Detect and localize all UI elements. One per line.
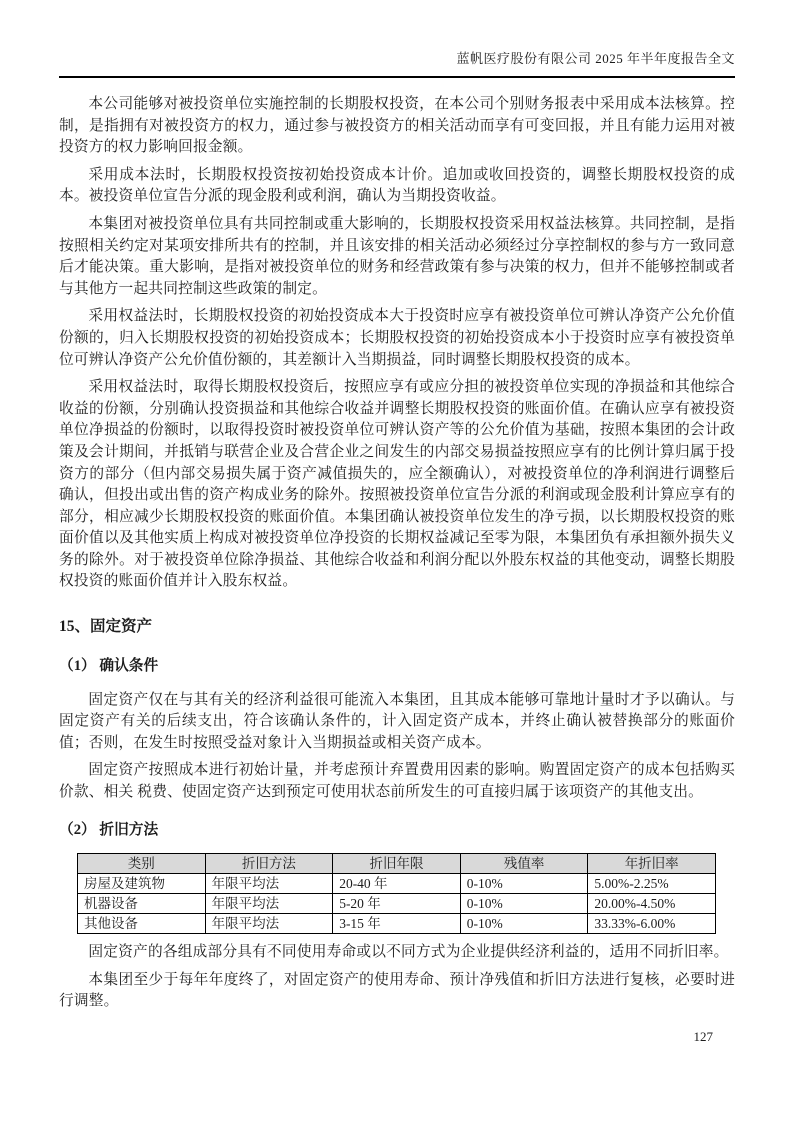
paragraph-equity-method-scope: 本集团对被投资单位具有共同控制或重大影响的，长期股权投资采用权益法核算。共同控制… <box>59 214 735 300</box>
column-header-useful-life: 折旧年限 <box>333 854 461 874</box>
cell-annual-rate: 20.00%-4.50% <box>588 894 716 914</box>
subsection-heading-depreciation: （2） 折旧方法 <box>59 820 735 842</box>
section-heading-fixed-assets: 15、固定资产 <box>59 615 735 638</box>
paragraph-cost-method-control: 本公司能够对被投资单位实施控制的长期股权投资，在本公司个别财务报表中采用成本法核… <box>59 94 735 159</box>
report-page: 蓝帆医疗股份有限公司 2025 年半年度报告全文 本公司能够对被投资单位实施控制… <box>0 0 794 1123</box>
column-header-residual-rate: 残值率 <box>460 854 588 874</box>
cell-residual-rate: 0-10% <box>460 894 588 914</box>
cell-useful-life: 5-20 年 <box>333 894 461 914</box>
paragraph-annual-review: 本集团至少于每年年度终了，对固定资产的使用寿命、预计净残值和折旧方法进行复核，必… <box>59 970 735 1013</box>
cell-method: 年限平均法 <box>205 874 333 894</box>
page-number: 127 <box>694 1029 714 1045</box>
cell-category: 其他设备 <box>78 914 206 934</box>
paragraph-equity-method-subsequent: 采用权益法时，取得长期股权投资后，按照应享有或应分担的被投资单位实现的净损益和其… <box>59 377 735 593</box>
cell-useful-life: 20-40 年 <box>333 874 461 894</box>
cell-annual-rate: 33.33%-6.00% <box>588 914 716 934</box>
table-header-row: 类别 折旧方法 折旧年限 残值率 年折旧率 <box>78 854 716 874</box>
paragraph-component-depreciation: 固定资产的各组成部分具有不同使用寿命或以不同方式为企业提供经济利益的，适用不同折… <box>59 942 735 964</box>
cell-useful-life: 3-15 年 <box>333 914 461 934</box>
table-row: 其他设备 年限平均法 3-15 年 0-10% 33.33%-6.00% <box>78 914 716 934</box>
page-body: 本公司能够对被投资单位实施控制的长期股权投资，在本公司个别财务报表中采用成本法核… <box>59 78 735 1013</box>
cell-annual-rate: 5.00%-2.25% <box>588 874 716 894</box>
subsection-heading-recognition: （1） 确认条件 <box>59 656 735 678</box>
report-title: 蓝帆医疗股份有限公司 2025 年半年度报告全文 <box>456 51 735 66</box>
cell-residual-rate: 0-10% <box>460 914 588 934</box>
cell-category: 房屋及建筑物 <box>78 874 206 894</box>
column-header-category: 类别 <box>78 854 206 874</box>
depreciation-table: 类别 折旧方法 折旧年限 残值率 年折旧率 房屋及建筑物 年限平均法 20-40… <box>77 853 716 934</box>
cell-method: 年限平均法 <box>205 894 333 914</box>
depreciation-table-header: 类别 折旧方法 折旧年限 残值率 年折旧率 <box>78 854 716 874</box>
paragraph-cost-method-measurement: 采用成本法时，长期股权投资按初始投资成本计价。追加或收回投资的，调整长期股权投资… <box>59 165 735 208</box>
paragraph-fixed-asset-initial-measurement: 固定资产按照成本进行初始计量，并考虑预计弃置费用因素的影响。购置固定资产的成本包… <box>59 760 735 803</box>
column-header-method: 折旧方法 <box>205 854 333 874</box>
cell-residual-rate: 0-10% <box>460 874 588 894</box>
table-row: 机器设备 年限平均法 5-20 年 0-10% 20.00%-4.50% <box>78 894 716 914</box>
page-header: 蓝帆医疗股份有限公司 2025 年半年度报告全文 <box>59 0 735 78</box>
column-header-annual-rate: 年折旧率 <box>588 854 716 874</box>
table-row: 房屋及建筑物 年限平均法 20-40 年 0-10% 5.00%-2.25% <box>78 874 716 894</box>
paragraph-fixed-asset-recognition: 固定资产仅在与其有关的经济利益很可能流入本集团，且其成本能够可靠地计量时才予以确… <box>59 690 735 755</box>
depreciation-table-body: 房屋及建筑物 年限平均法 20-40 年 0-10% 5.00%-2.25% 机… <box>78 874 716 934</box>
cell-method: 年限平均法 <box>205 914 333 934</box>
paragraph-equity-method-initial-cost: 采用权益法时，长期股权投资的初始投资成本大于投资时应享有被投资单位可辨认净资产公… <box>59 306 735 371</box>
cell-category: 机器设备 <box>78 894 206 914</box>
